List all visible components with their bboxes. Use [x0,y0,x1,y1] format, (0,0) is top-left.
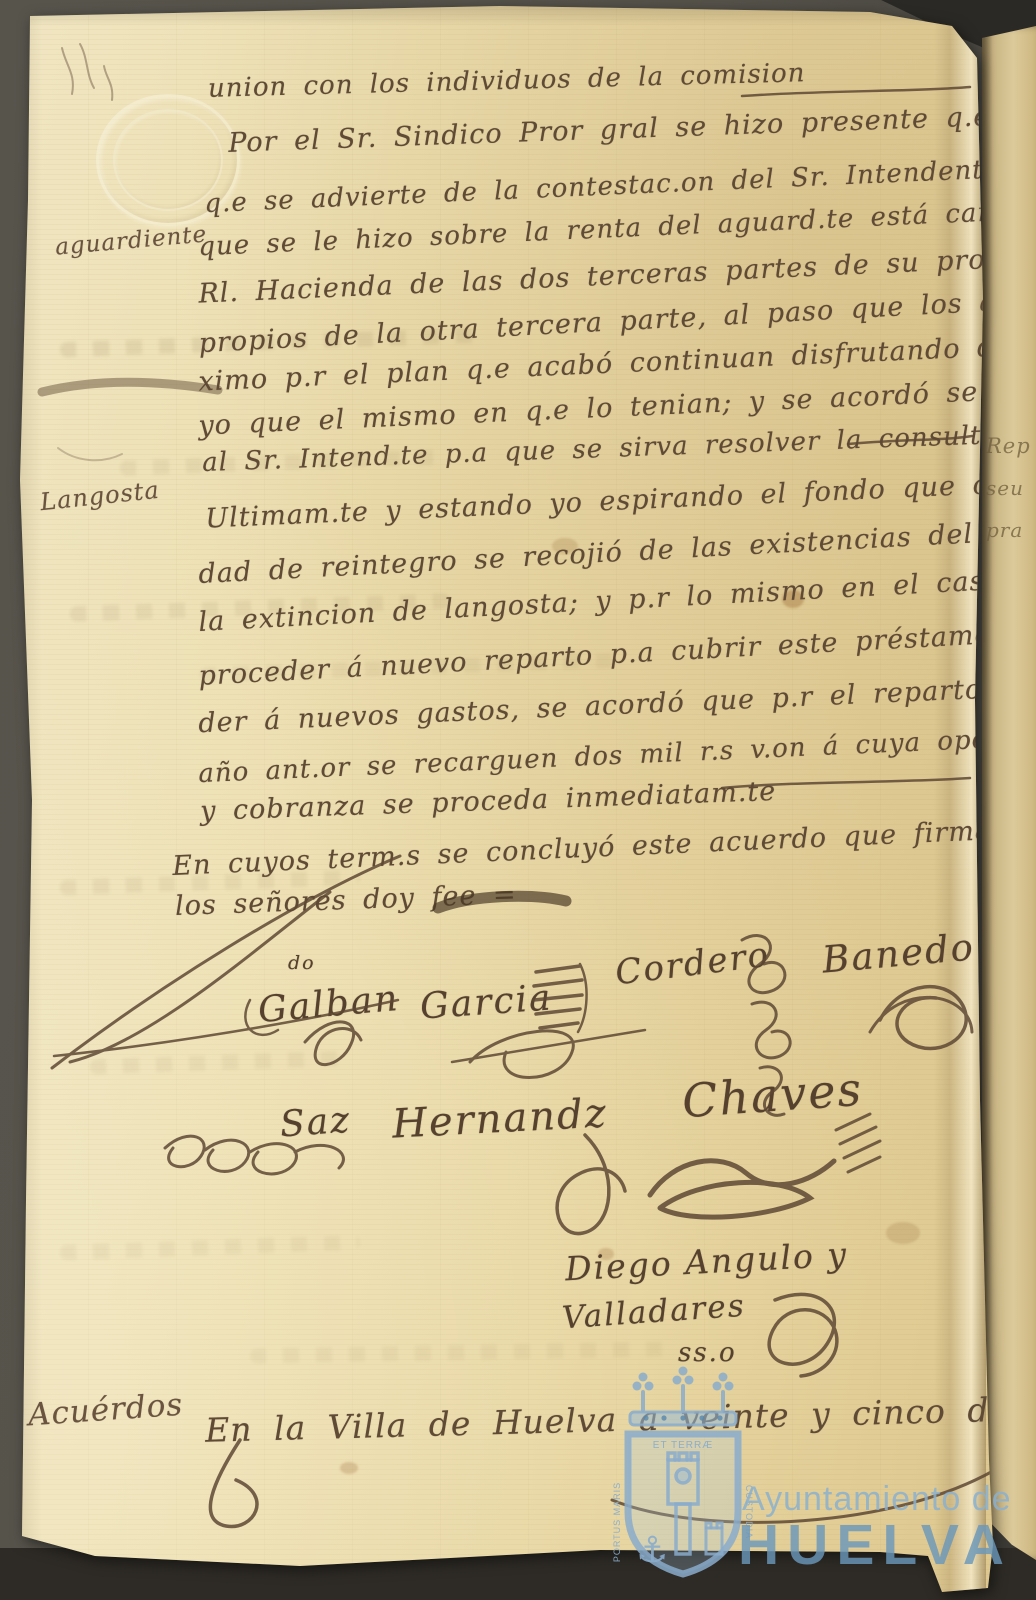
ink-bleedthrough [90,1050,350,1074]
garcia-rubric-strike [452,1030,645,1062]
signature-ldo-superscript: do [288,952,316,974]
paper-stain [340,1462,358,1474]
body-line: union con los individuos de la comision [208,58,806,104]
margin-note-aguardiente: aguardiente [54,221,208,260]
saz-rubric [205,1140,249,1171]
signature-garcia: Garcia [419,977,554,1027]
acuerdos-flourish [210,1440,257,1526]
page-left-edge-shading [0,0,60,1600]
signature-valladares: Valladares [561,1288,747,1337]
chaves-hatch-marks [836,1114,880,1172]
manuscript-page-wrapper: union con los individuos de la comision … [0,0,1036,1600]
garcia-rubric-loop [470,1031,573,1078]
page-right-fold-highlight [934,0,986,1600]
ink-bleedthrough [60,1235,360,1260]
signature-galban: Galban [256,978,400,1031]
saz-rubric [295,1145,343,1168]
closing-date-line: En la Villa de Huelva a veinte y cinco d… [205,1385,1036,1450]
paper-stain [886,1222,920,1244]
hernandez-tail-flourish [557,1135,625,1234]
signature-diego-angulo: Diego Angulo y [564,1235,849,1289]
faint-pen-mark [58,448,122,460]
signature-chaves: Chaves [680,1062,864,1128]
chaves-scribble [660,1182,810,1217]
signature-hernandez: Hernandz [391,1090,609,1147]
signature-saz: Saz [279,1100,353,1146]
page-top-edge-shading [0,0,1036,26]
cordero-rubric [752,1002,790,1058]
garcia-rubric [578,964,587,1032]
chaves-scribble [650,1161,834,1195]
body-line: Por el Sr. Sindico Pror gral se hizo pre… [228,96,1036,159]
ink-smear [42,382,218,392]
corner-ink-marks [62,44,112,100]
saz-rubric [165,1136,204,1167]
scanned-manuscript-page: Rep seu pra union con los individuos de … [0,0,1036,1600]
ink-bleedthrough [250,1341,670,1363]
saz-rubric [250,1144,296,1174]
manuscript-page: union con los individuos de la comision … [0,0,1036,1600]
signature-sso: ss.o [678,1338,737,1368]
signature-cordero: Cordero [613,935,772,994]
diego-rubric [769,1294,837,1376]
